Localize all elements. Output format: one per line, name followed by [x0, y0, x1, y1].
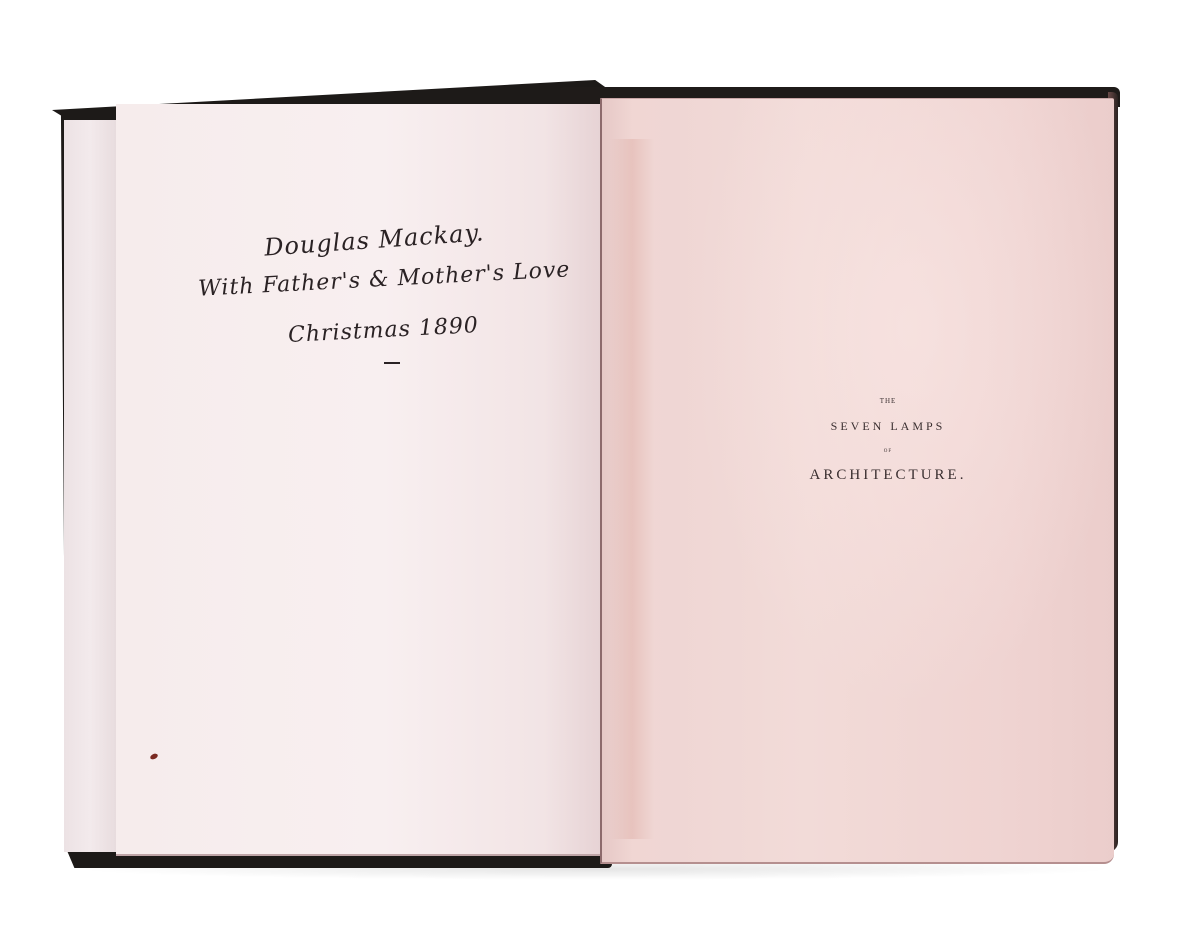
- ink-spot: [149, 753, 158, 761]
- title-of: OF: [602, 449, 1116, 454]
- flyleaf-page: Douglas Mackay. With Father's & Mother's…: [116, 104, 602, 856]
- title-architecture: ARCHITECTURE.: [602, 467, 1116, 484]
- title-the: THE: [602, 397, 1116, 405]
- inscription-dash: [384, 362, 400, 364]
- inscription-name: Douglas Mackay.: [263, 218, 485, 261]
- foxing-stain: [610, 139, 654, 839]
- inscription-date: Christmas 1890: [287, 313, 479, 348]
- inscription-dedication: With Father's & Mother's Love: [198, 257, 571, 301]
- title-seven-lamps: SEVEN LAMPS: [602, 419, 1116, 434]
- book-photo: Douglas Mackay. With Father's & Mother's…: [0, 0, 1200, 946]
- half-title-page: THE SEVEN LAMPS OF ARCHITECTURE.: [600, 98, 1114, 864]
- endpaper-hinge-strip: [64, 120, 117, 852]
